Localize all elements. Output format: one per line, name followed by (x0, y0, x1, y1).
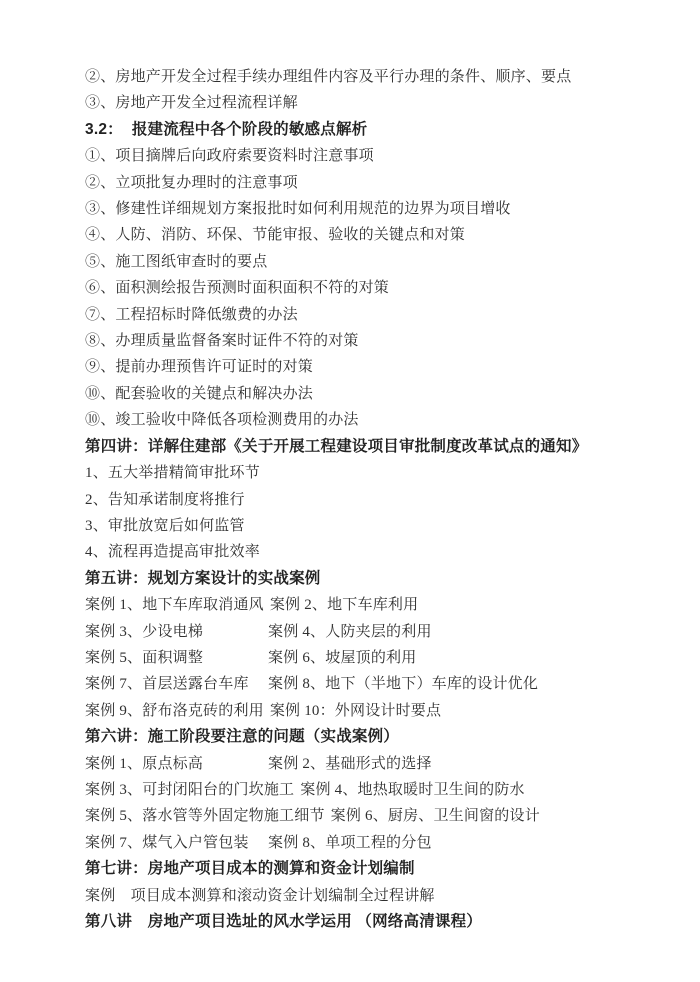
paragraph-line: ②、房地产开发全过程手续办理组件内容及平行办理的条件、顺序、要点 (85, 64, 635, 90)
paragraph-line: ⑩、竣工验收中降低各项检测费用的办法 (85, 407, 635, 433)
case-row: 案例 9、舒布洛克砖的利用案例 10：外网设计时要点 (85, 698, 635, 724)
paragraph-line: ③、修建性详细规划方案报批时如何利用规范的边界为项目增收 (85, 196, 635, 222)
paragraph-line: 1、五大举措精简审批环节 (85, 460, 635, 486)
paragraph-line: 2、告知承诺制度将推行 (85, 487, 635, 513)
case-item-left: 案例 9、舒布洛克砖的利用 (85, 698, 264, 724)
case-item-left: 案例 1、地下车库取消通风 (85, 592, 264, 618)
paragraph-line: ⑨、提前办理预售许可证时的对策 (85, 354, 635, 380)
section-heading: 第四讲：详解住建部《关于开展工程建设项目审批制度改革试点的通知》 (85, 434, 635, 460)
case-row: 案例 5、面积调整案例 6、坡屋顶的利用 (85, 645, 635, 671)
case-item-left: 案例 7、首层送露台车库 (85, 671, 262, 697)
case-item-right: 案例 8、单项工程的分包 (268, 830, 432, 856)
case-row: 案例 5、落水管等外固定物施工细节案例 6、厨房、卫生间窗的设计 (85, 803, 635, 829)
case-item-left: 案例 5、落水管等外固定物施工细节 (85, 803, 325, 829)
paragraph-line: ⑥、面积测绘报告预测时面积面积不符的对策 (85, 275, 635, 301)
paragraph-line: 3、审批放宽后如何监管 (85, 513, 635, 539)
section-heading: 第八讲 房地产项目选址的风水学运用 （网络高清课程） (85, 909, 635, 935)
case-item-left: 案例 5、面积调整 (85, 645, 262, 671)
case-item-left: 案例 7、煤气入户管包装 (85, 830, 262, 856)
case-item-right: 案例 2、地下车库利用 (270, 592, 418, 618)
paragraph-line: ④、人防、消防、环保、节能审报、验收的关键点和对策 (85, 222, 635, 248)
paragraph-line: ⑦、工程招标时降低缴费的办法 (85, 302, 635, 328)
paragraph-line: ③、房地产开发全过程流程详解 (85, 90, 635, 116)
case-item-right: 案例 10：外网设计时要点 (270, 698, 441, 724)
paragraph-line: ⑧、办理质量监督备案时证件不符的对策 (85, 328, 635, 354)
case-row: 案例 3、少设电梯案例 4、人防夹层的利用 (85, 619, 635, 645)
case-item-right: 案例 8、地下（半地下）车库的设计优化 (268, 671, 538, 697)
section-heading: 第七讲：房地产项目成本的测算和资金计划编制 (85, 856, 635, 882)
case-item-right: 案例 4、地热取暖时卫生间的防水 (300, 777, 524, 803)
case-item-right: 案例 4、人防夹层的利用 (268, 619, 432, 645)
case-row: 案例 7、煤气入户管包装案例 8、单项工程的分包 (85, 830, 635, 856)
case-item-left: 案例 3、少设电梯 (85, 619, 262, 645)
case-item-left: 案例 3、可封闭阳台的门坎施工 (85, 777, 294, 803)
paragraph-line: ⑩、配套验收的关键点和解决办法 (85, 381, 635, 407)
section-heading: 第六讲：施工阶段要注意的问题（实战案例） (85, 724, 635, 750)
paragraph-line: ①、项目摘牌后向政府索要资料时注意事项 (85, 143, 635, 169)
document-content: ②、房地产开发全过程手续办理组件内容及平行办理的条件、顺序、要点③、房地产开发全… (85, 64, 635, 935)
paragraph-line: ⑤、施工图纸审查时的要点 (85, 249, 635, 275)
case-item-right: 案例 6、厨房、卫生间窗的设计 (331, 803, 540, 829)
case-row: 案例 1、原点标高案例 2、基础形式的选择 (85, 751, 635, 777)
section-heading: 第五讲：规划方案设计的实战案例 (85, 566, 635, 592)
paragraph-line: 4、流程再造提高审批效率 (85, 539, 635, 565)
case-item-right: 案例 2、基础形式的选择 (268, 751, 432, 777)
case-row: 案例 1、地下车库取消通风案例 2、地下车库利用 (85, 592, 635, 618)
case-item-right: 案例 6、坡屋顶的利用 (268, 645, 416, 671)
section-heading: 3.2： 报建流程中各个阶段的敏感点解析 (85, 117, 635, 143)
paragraph-line: ②、立项批复办理时的注意事项 (85, 170, 635, 196)
case-row: 案例 3、可封闭阳台的门坎施工案例 4、地热取暖时卫生间的防水 (85, 777, 635, 803)
document-page: ②、房地产开发全过程手续办理组件内容及平行办理的条件、顺序、要点③、房地产开发全… (0, 0, 700, 982)
case-row: 案例 7、首层送露台车库案例 8、地下（半地下）车库的设计优化 (85, 671, 635, 697)
case-item-left: 案例 1、原点标高 (85, 751, 262, 777)
paragraph-line: 案例 项目成本测算和滚动资金计划编制全过程讲解 (85, 883, 635, 909)
